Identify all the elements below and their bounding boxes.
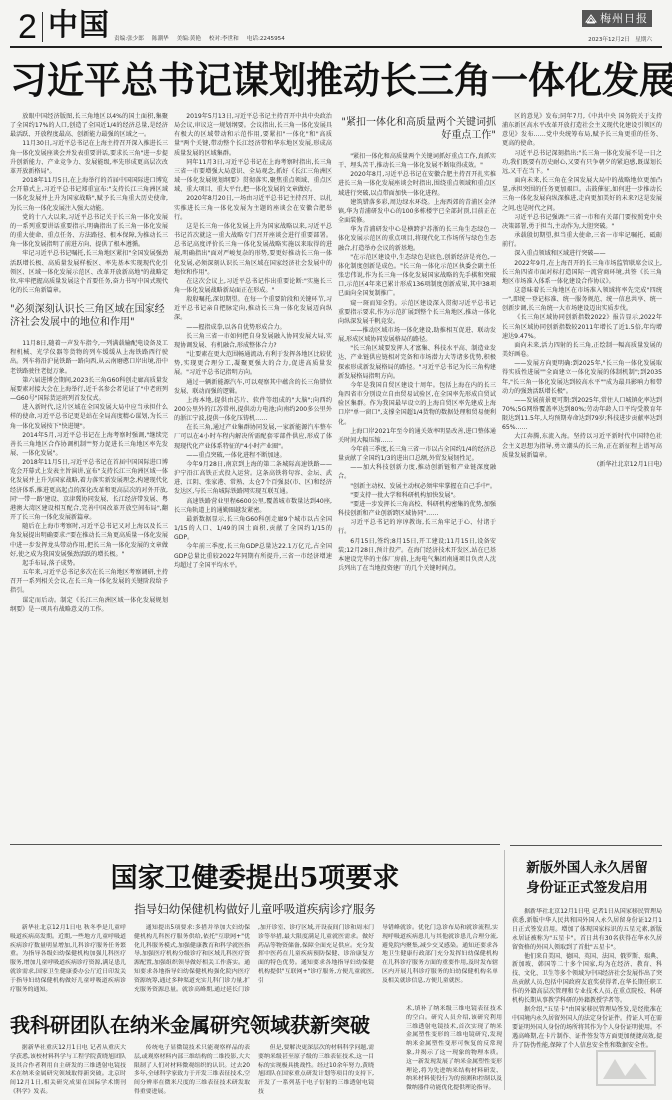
- section-divider-right: [510, 845, 662, 846]
- paragraph: ——推动区域市场一体化建设,助推相互促进、联动发展,形成区域协同发展格局的路径。: [338, 326, 496, 344]
- paragraph: 建筑错落多彩,周边绿水环绕。上海西郊的青浦区金泽镇,华为青浦研发中心的100多栋…: [338, 198, 496, 225]
- page-masthead: 2 中国 责编:张少郎陈潮华美编:黄艳校对:李世和电话:2245954 梅州日报…: [10, 4, 662, 44]
- story2-column-1: 新华社北京12月1日电 秋冬季是儿童呼吸道疾病高发期。近期,一些地方儿童呼吸道疾…: [10, 924, 126, 994]
- section-divider: [10, 844, 500, 845]
- story3-column-2: 传统电子显微镜技术只能观察样品的表层,或观察材料内部三维结构的二维投影,大大限制…: [134, 1044, 250, 1100]
- story3-column-1: 据新华社重庆12月1日电 记者从重庆大学获悉,该校材料科学与工程学院黄晓旭团队及…: [10, 1044, 126, 1100]
- paragraph: 上海本地,提供由芯片、软件等组成的"大脑";向西约200公里外的江苏常州,提供动…: [174, 396, 332, 423]
- paragraph: ——发展前景更可期:到2025年,常住人口城镇化率达到70%;5G网络覆盖率达到…: [502, 396, 662, 433]
- logo-book-icon: [585, 12, 597, 24]
- paragraph: 深入重点领域和区域进行突破——: [502, 249, 662, 258]
- paragraph: 2019年5月13日,习近平总书记主持召开中共中央政治局会议,审议这一规划纲要。…: [174, 112, 332, 158]
- paragraph: 习近平总书记强调:"三省一市和有关部门要按照党中央决策部署,勇于担当,主动作为,…: [502, 213, 662, 231]
- paragraph: 6月15日,签约;8月15日,开工建设;11月15日,设备安装;12月28日,预…: [338, 537, 496, 574]
- credit-editor: 责编:张少郎: [114, 36, 144, 42]
- paragraph: 导错峰就诊。优化门急诊布局和就诊流程,实现呼吸道疾病患儿与其他就诊患儿合理分流,…: [382, 924, 498, 986]
- paragraph: 同年11月3日,习近平总书记在上海考察时指出,长三角三省一市要增强大局意识、全局…: [174, 158, 332, 195]
- paragraph: 他们来自美国、德国、英国、法国、俄罗斯、瑞典、新加坡、韩国等二十多个国家,均为在…: [512, 953, 662, 1006]
- issue-weekday: 星期六: [635, 37, 652, 43]
- paragraph: 2014年5月,习近平总书记在上海考察时强调,"继续完善长三角地区合作协调机制"…: [10, 431, 168, 458]
- paragraph: 习近平总书记深刻指出:"长三角一体化发展不是一日之功,我们既要有历史耐心,又要有…: [502, 149, 662, 176]
- paragraph: "创新主动权、发展主动权必须牢牢掌握在自己手中"。: [338, 482, 496, 491]
- paragraph: 今年9月28日,南京到上海的第二条城际高速铁路——沪宁沿江高铁正式投入运营。这条…: [174, 460, 332, 497]
- paragraph: 在这次会议上,习近平总书记作出重要论断:"实施长三角一体化发展战略新局面正在形成…: [174, 277, 332, 295]
- main-column-2: 2019年5月13日,习近平总书记主持召开中共中央政治局会议,审议这一规划纲要。…: [174, 112, 332, 792]
- paragraph: 谋定而后动。制定《长江三角洲区域一体化发展规划纲要》是一项具有战略意义的工作。: [10, 596, 168, 614]
- story2-column-3: ,加开诊室、诊疗区域,开设夜间门诊和周末门诊等举措,最大限度满足儿童就医需求。做…: [258, 924, 374, 994]
- main-headline: 习近平总书记谋划推动长三角一体化发展纪事: [10, 58, 662, 102]
- side-headline-line2: 身份证正式签发启用: [512, 878, 662, 898]
- paragraph: 上海口岸2021年至今的通关效率明显改善,进口整体通关时间大幅压缩……: [338, 427, 496, 445]
- watermark-logo-icon: [595, 1045, 657, 1091]
- paragraph: 2022年9月,在上海召开的长三角市场监管联席会议上,长三角四省市面对标打造国际…: [502, 259, 662, 286]
- paragraph: 今年前三季度,长三角GDP总量达22.1万亿元,占全国GDP总量比重较2022年…: [174, 542, 332, 569]
- paragraph: "要进一步发挥长三角高校、科研机构密集的优势,加强科技创新和产业创新跨区域协同"…: [338, 500, 496, 518]
- paragraph: "长三角区域要发挥人才富集、科技水平高、制造业发达、产业链供应链相对完备和市场潜…: [338, 344, 496, 381]
- paragraph: 11月8日,随着一声发车指令,一列满载输配电设备及工程机械、光学仪器等货物的列车…: [10, 339, 168, 376]
- paragraph: 随后在上海市考察时,习近平总书记又对上海以及长三角发展提出明确要求:"要在推动长…: [10, 522, 168, 559]
- side-headline-line1: 新版外国人永久居留: [512, 858, 662, 878]
- paragraph: 牢记习近平总书记嘱托,长三角地区紧扣"全国发展强劲活跃增长极、高质量发展样板区、…: [10, 249, 168, 295]
- page-number: 2: [18, 10, 37, 44]
- paragraph: 承载殷切期望,担当重大使命,三省一市牢记嘱托、砥砺前行。: [502, 231, 662, 249]
- paragraph: 2018年11月5日,在上海举行的首届中国国际进口博览会开幕式上,习近平总书记郑…: [10, 176, 168, 213]
- paragraph: ——重点突破,一体化进程不断加速。: [174, 451, 332, 460]
- section-name: 中国: [48, 9, 110, 43]
- paragraph: 最新数据显示,长三角G60科创走廊9个城市以占全国1/15的人口、1/49的国土…: [174, 515, 332, 542]
- paragraph: ,加开诊室、诊疗区域,开设夜间门诊和周末门诊等举措,最大限度满足儿童就医需求。做…: [258, 924, 374, 986]
- paragraph: 起手布局,落子成势。: [10, 559, 168, 568]
- paragraph: 这意味着长三角地区在市场准入领域将率先完成"四统一",即统一登记标准、统一服务规…: [502, 286, 662, 313]
- paragraph: 面向未来,活力四射的长三角,正绘制一幅高质量发展的美好画卷。: [502, 341, 662, 359]
- section-subhead-1: "必须深刻认识长三角区域在国家经济社会发展中的地位和作用": [10, 303, 168, 329]
- paragraph: 术,填补了纳米级三维电镜表征技术的空白。研究人员介绍,该研究利用三维透射电镜技术…: [406, 1005, 502, 1093]
- story2-subheadline: 指导妇幼保健机构做好儿童呼吸道疾病诊疗服务: [10, 901, 500, 917]
- paragraph: 习近平总书记的谆谆教诲,长三角牢记于心、付诸于行。: [338, 518, 496, 536]
- paragraph: 2020年8月20日,一场由习近平总书记主持召开、以扎实推进长三角一体化发展为主…: [174, 194, 332, 221]
- paragraph: 据新华社北京12月1日电 记者1日从国家移民管理局获悉,新版中华人民共和国外国人…: [512, 908, 662, 953]
- dateline: 2023年12月2日 星期六: [588, 35, 652, 43]
- paragraph: "紧扣一体化和高质量两个关键词抓好重点工作,真抓实干、埋头苦干,推动长三角一体化…: [338, 152, 496, 170]
- story2-column-4: 导错峰就诊。优化门急诊布局和就诊流程,实现呼吸道疾病患儿与其他就诊患儿合理分流,…: [382, 924, 498, 994]
- paragraph: ——加大科技创新力度,推动创新链和产业链深度融合。: [338, 463, 496, 481]
- paragraph: 五年来,习近平总书记多次在长三角地区考察调研,主持召开一系列相关会议,在长三角一…: [10, 568, 168, 595]
- paragraph: 大江奔腾,东流入海。坚持以习近平新时代中国特色社会主义思想为指导,勇立潮头的长三…: [502, 432, 662, 459]
- paragraph: 党的十八大以来,习近平总书记关于长三角一体化发展的一系列重要讲话重要指示,明确指…: [10, 213, 168, 250]
- column-divider: [504, 850, 505, 1090]
- story3-column-4: 术,填补了纳米级三维电镜表征技术的空白。研究人员介绍,该研究利用三维透射电镜技术…: [406, 1005, 502, 1097]
- paragraph: ——握指成拳,以各自优势形成合力。: [174, 323, 332, 332]
- paragraph: "让要素在更大范围畅通流动,有利于发挥各地区比较优势,实现更合理分工,凝聚更强大…: [174, 350, 332, 377]
- main-column-5: 区的意见》发布;同年7月,《中共中央 国务院关于支持浦东新区高水平改革开放打造社…: [502, 112, 662, 807]
- paragraph: 区的意见》发布;同年7月,《中共中央 国务院关于支持浦东新区高水平改革开放打造社…: [502, 112, 662, 149]
- masthead-divider: [42, 12, 43, 42]
- story3-column-3: 但是,要解决更深层次的材料科学问题,需要纳米级甚至原子级的三维表征技术,这一目标…: [258, 1044, 374, 1100]
- main-column-1: 放眼中国经济版图,长三角地区以4%的国土面积,集聚了全国约17%的人口,创造了全…: [10, 112, 168, 792]
- paragraph: 通过一辆新能源汽车,可以观察其中蕴含的长三角错位发展、联动而强的逻辑。: [174, 378, 332, 396]
- paragraph: ——发展方向更明确:到2025年,"长三角一体化发展取得实质性进展""全面建立一…: [502, 359, 662, 396]
- paragraph: 2020年8月,习近平总书记在安徽合肥主持召开扎实推进长三角一体化发展座谈会时指…: [338, 170, 496, 197]
- paragraph: 第六届进博会期间,2023长三角G60科创走廊高质量发展要素对接大会在上海举行,…: [10, 376, 168, 403]
- paragraph: 今年前三季度,长三角三省一市以占全国约1/4的经济总量贡献了全国约1/3的进出口…: [338, 445, 496, 463]
- paragraph: 据介绍,"五星卡"由国家移民管理局签发,是经批准在中国境内永久居留外国人的法定身…: [512, 1006, 662, 1051]
- paragraph: 面向未来,长三角在全国发展大局中的战略地位更加凸显,承担突围的任务更加艰巨。击鼓…: [502, 176, 662, 213]
- paragraph: 进入新时代,这片区域在全国发展大局中应当承担什么样的使命,习近平总书记更是站在全…: [10, 403, 168, 430]
- paragraph: 长三角三省一市如何把自身发展融入协同发展大局,实现协调发展、有机融合,形成整体合…: [174, 332, 332, 350]
- dateline-credit: (新华社北京12月1日电): [502, 460, 662, 469]
- paragraph: 在长三角,通过产业集群协同发展,一家新能源汽车整车厂可以在4小时车程内解决所需配…: [174, 423, 332, 450]
- paragraph: 这是长三角一体化发展上升为国家战略以来,习近平总书记首次就这一重大战略专门召开座…: [174, 222, 332, 277]
- story2-body: 新华社北京12月1日电 秋冬季是儿童呼吸道疾病高发期。近期,一些地方儿童呼吸道疾…: [10, 924, 500, 994]
- paragraph: 2018年11月5日,习近平总书记在首届中国国际进口博览会开幕式上发表主旨演讲,…: [10, 458, 168, 522]
- newspaper-logo: 梅州日报: [582, 10, 652, 27]
- credit-designer: 美编:黄艳: [177, 36, 201, 42]
- paragraph: 窥一斑而知全豹。示范区建设深入贯彻习近平总书记重要指示要求,作为示范扩展到整个长…: [338, 299, 496, 326]
- paragraph: "要支持一批大学和科研机构加快发展"。: [338, 491, 496, 500]
- paragraph: 通知提出5项要求:多措并举加大妇幼保健机构儿科医疗服务供给,依托"互联网+"优化…: [134, 924, 250, 994]
- editor-credits: 责编:张少郎陈潮华美编:黄艳校对:李世和电话:2245954: [114, 34, 293, 42]
- paragraph: 殷殷嘱托,深切期望。在每一个重要阶段和关键环节,习近平总书记亲自把脉定向,推动长…: [174, 295, 332, 322]
- paragraph: 《长三角区域协同创新指数2022》报告显示,2022年长三角区域协同创新指数较2…: [502, 313, 662, 340]
- credit-phone: 电话:2245954: [247, 36, 285, 42]
- story2-headline: 国家卫健委提出5项要求: [10, 862, 500, 896]
- paragraph: 11月30日,习近平总书记在上海主持召开深入推进长三角一体化发展座谈会并发表重要…: [10, 139, 168, 176]
- paragraph: 今年是我国自贸区建设十周年。包括上海在内的长三角四省市分别设立自由贸易试验区,在…: [338, 381, 496, 427]
- credit-coeditor: 陈潮华: [152, 36, 169, 42]
- story3-headline: 我科研团队在纳米金属研究领域获新突破: [10, 1011, 390, 1039]
- paragraph: 据新华社重庆12月1日电 记者从重庆大学获悉,该校材料科学与工程学院黄晓旭团队及…: [10, 1044, 126, 1097]
- paragraph: "在示范区建设中,生态绿色是底色,创新经济是亮色,一体化制度创新是成色。"长三角…: [338, 253, 496, 299]
- paragraph: 新华社北京12月1日电 秋冬季是儿童呼吸道疾病高发期。近期,一些地方儿童呼吸道疾…: [10, 924, 126, 994]
- paragraph: 华为青浦研发中心是横跨沪苏浙的长三角生态绿色一体化发展示范区的重点项目,将现代化…: [338, 225, 496, 252]
- paragraph: 但是,要解决更深层次的材料科学问题,需要纳米级甚至原子级的三维表征技术,这一目标…: [258, 1044, 374, 1097]
- paragraph: 传统电子显微镜技术只能观察样品的表层,或观察材料内部三维结构的二维投影,大大限制…: [134, 1044, 250, 1097]
- paper-name: 梅州日报: [600, 12, 648, 25]
- masthead-rule: [10, 46, 662, 48]
- story2-column-2: 通知提出5项要求:多措并举加大妇幼保健机构儿科医疗服务供给,依托"互联网+"优化…: [134, 924, 250, 994]
- section-subhead-2: "紧扣一体化和高质量两个关键词抓好重点工作": [338, 116, 496, 142]
- main-column-3: "紧扣一体化和高质量两个关键词抓好重点工作" "紧扣一体化和高质量两个关键词抓好…: [338, 112, 496, 792]
- paragraph: 放眼中国经济版图,长三角地区以4%的国土面积,集聚了全国约17%的人口,创造了全…: [10, 112, 168, 139]
- issue-date: 2023年12月2日: [588, 37, 630, 43]
- credit-proofreader: 校对:李世和: [209, 36, 239, 42]
- paragraph: 高速铁路营业里程6600公里,覆盖城市数量达到40座,长三角轨道上的通勤圈越发紧…: [174, 497, 332, 515]
